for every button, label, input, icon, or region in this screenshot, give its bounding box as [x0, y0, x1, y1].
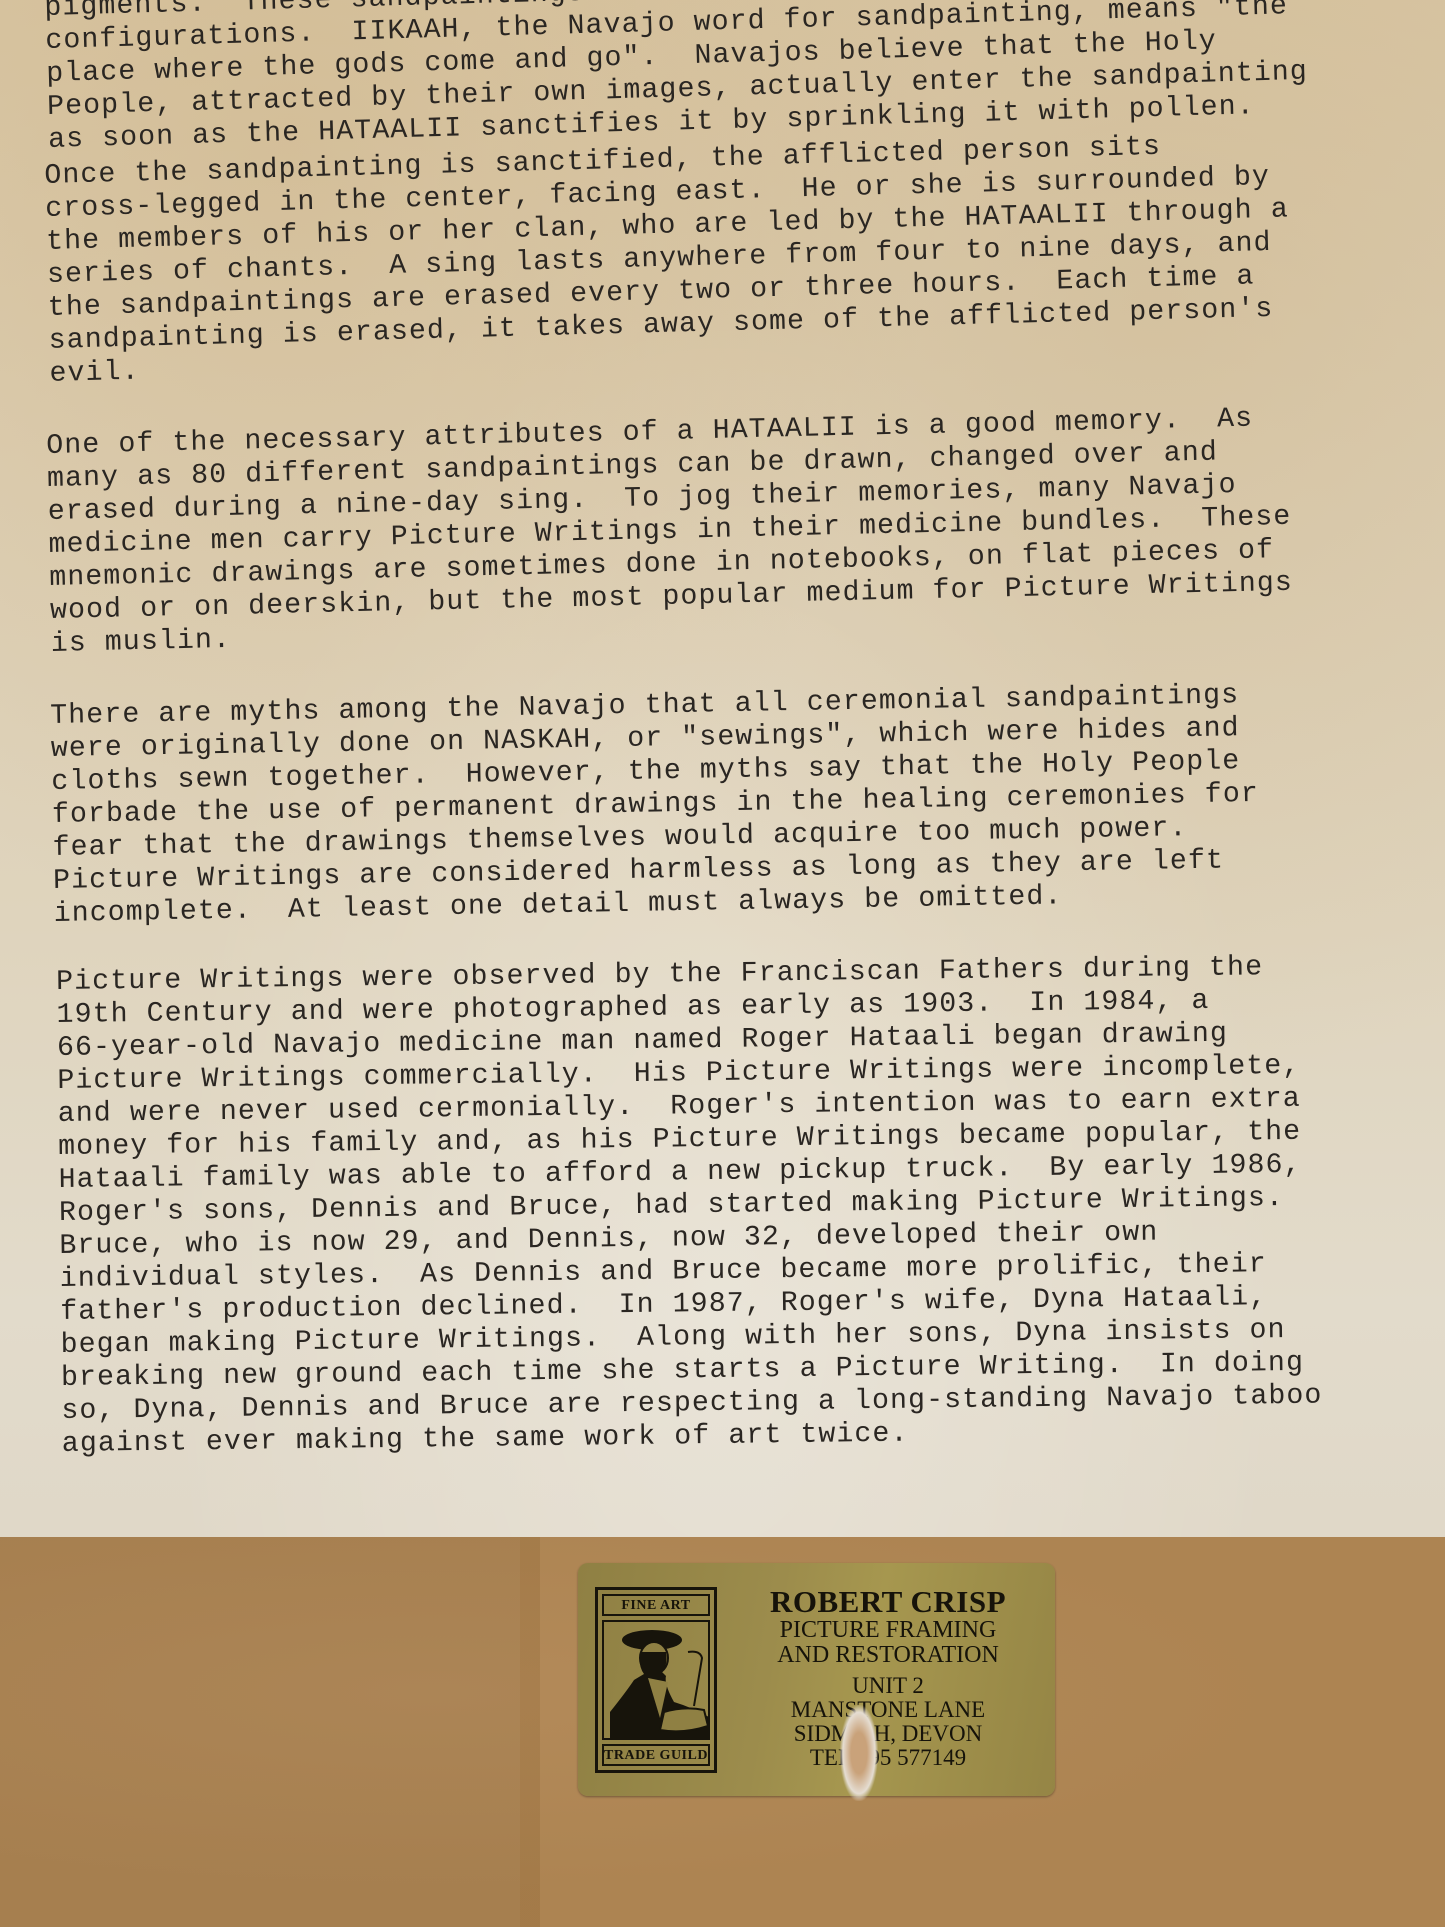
- fine-art-trade-guild-logo: FINE ART TRADE GUILD: [595, 1587, 717, 1773]
- framer-name: ROBERT CRISP: [738, 1585, 1038, 1618]
- guild-figure-icon: [602, 1620, 710, 1740]
- address-line: MANSTONE LANE: [738, 1698, 1038, 1722]
- address-line: UNIT 2: [738, 1674, 1038, 1698]
- paragraph: Once the sandpainting is sanctified, the…: [44, 127, 1293, 390]
- typed-document-sheet: pigments. These sandpaintings ... config…: [0, 0, 1445, 1537]
- service-line-2: AND RESTORATION: [738, 1643, 1038, 1668]
- paragraph: Picture Writings were observed by the Fr…: [56, 951, 1323, 1461]
- paragraph: One of the necessary attributes of a HAT…: [46, 402, 1294, 661]
- label-tear-damage: [840, 1705, 878, 1801]
- address-line: SIDMO H, DEVON: [738, 1722, 1038, 1746]
- framer-details: ROBERT CRISP PICTURE FRAMING AND RESTORA…: [738, 1585, 1038, 1770]
- service-line-1: PICTURE FRAMING: [738, 1618, 1038, 1643]
- logo-bottom-text: TRADE GUILD: [602, 1744, 710, 1766]
- framer-label: FINE ART TRADE GUILD ROBERT CRISP PICTUR…: [578, 1563, 1055, 1796]
- logo-top-text: FINE ART: [602, 1594, 710, 1616]
- phone-line: TEL 395 577149: [738, 1746, 1038, 1770]
- paragraph: There are myths among the Navajo that al…: [50, 679, 1261, 931]
